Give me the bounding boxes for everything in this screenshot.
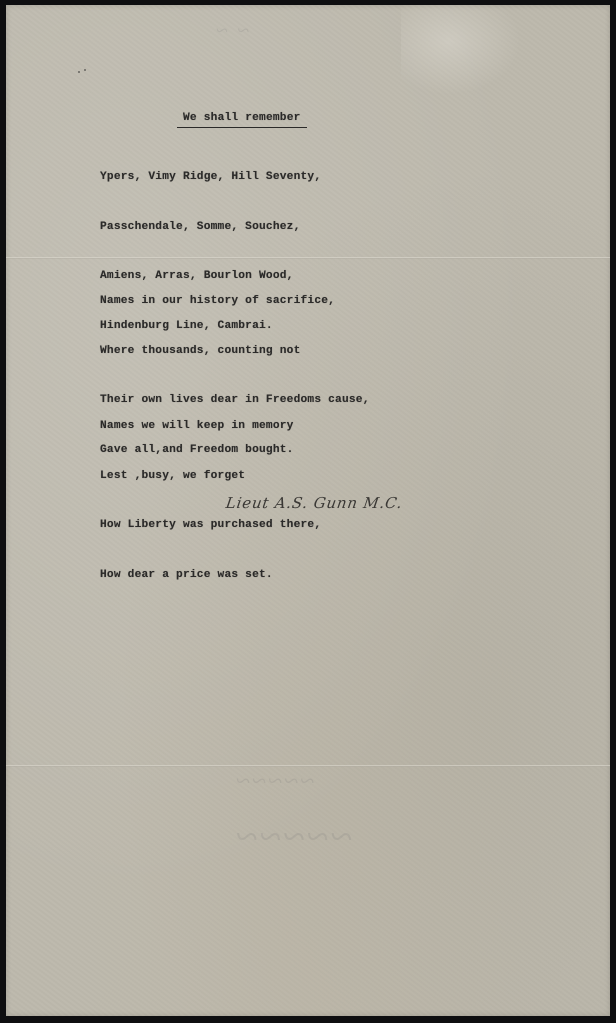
poem-title: We shall remember xyxy=(177,112,307,128)
handwritten-signature: Lieut A.S. Gunn M.C. xyxy=(225,494,404,512)
poem-line: Names we will keep in memory xyxy=(100,414,321,440)
bleed-through-mark: ~~~~~ xyxy=(236,765,316,795)
paper-speck xyxy=(84,69,86,71)
poem-line: Names in our history of sacrifice, xyxy=(100,289,370,315)
paper-speck xyxy=(78,71,80,73)
bleed-through-mark: ~ ~ xyxy=(216,17,251,43)
poem-line: How dear a price was set. xyxy=(100,563,321,589)
bleed-through-mark: ~~~~~ xyxy=(236,813,354,860)
poem-line: How Liberty was purchased there, xyxy=(100,513,321,539)
poem-line: Ypers, Vimy Ridge, Hill Seventy, xyxy=(100,165,321,191)
poem-line: Passchendale, Somme, Souchez, xyxy=(100,215,321,241)
paper-crease xyxy=(401,5,521,95)
poem-line: Where thousands, counting not xyxy=(100,339,370,365)
poem-line: Lest ,busy, we forget xyxy=(100,464,321,490)
